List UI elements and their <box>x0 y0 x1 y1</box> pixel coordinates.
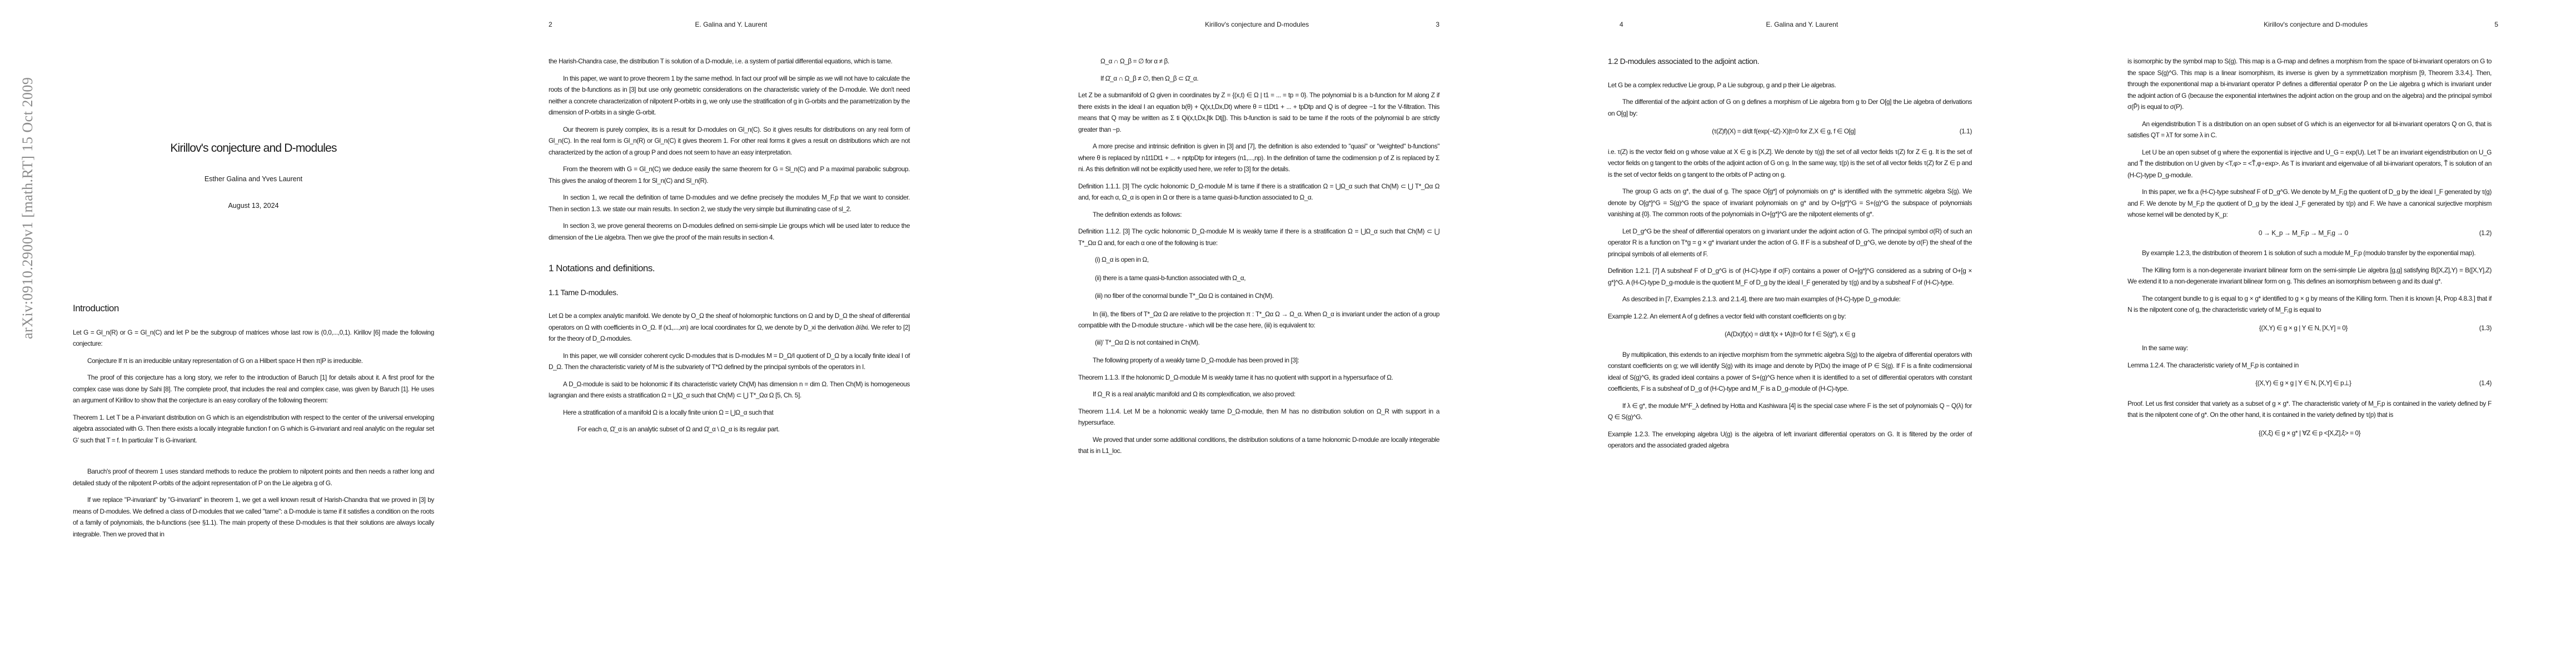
paragraph: Let G be a complex reductive Lie group, … <box>1608 79 1972 91</box>
paragraph: By multiplication, this extends to an in… <box>1608 349 1972 395</box>
conjecture: Conjecture If π is an irreducible unitar… <box>73 355 434 367</box>
paragraph: The differential of the adjoint action o… <box>1608 96 1972 119</box>
page-5-body: is isomorphic by the symbol map to S(g).… <box>2127 56 2492 447</box>
paragraph: Let D_g^G be the sheaf of differential o… <box>1608 226 1972 260</box>
equation: (A(Dx)f)(x) = d/dt f(x + tA)|t=0 for f ∈… <box>1608 328 1972 340</box>
example: Example 1.2.3. The enveloping algebra U(… <box>1608 429 1972 451</box>
paragraph: Let U be an open subset of g where the e… <box>2127 147 2492 181</box>
paragraph: We proved that under some additional con… <box>1078 434 1439 457</box>
paragraph: The cotangent bundle to g is equal to g … <box>2127 293 2492 316</box>
condition: Ω_α ∩ Ω_β = ∅ for α ≠ β. <box>1100 56 1439 67</box>
page-number: 2 <box>549 21 552 28</box>
theorem: Theorem 1.1.4. Let M be a holonomic weak… <box>1078 406 1439 429</box>
page-5: Kirillov's conjecture and D-modules 5 is… <box>2061 0 2576 667</box>
paragraph: The Killing form is a non-degenerate inv… <box>2127 265 2492 287</box>
theorem: Theorem 1. Let T be a P-invariant distri… <box>73 412 434 446</box>
list-item: (i) Ω_α is open in Ω, <box>1095 254 1439 266</box>
paragraph: i.e. τ(Z) is the vector field on g whose… <box>1608 146 1972 181</box>
equation-expr: 0 → K_p → M_F,p → M_F,g → 0 <box>2127 227 2479 239</box>
equation: 0 → K_p → M_F,p → M_F,g → 0 (1.2) <box>2127 227 2492 239</box>
paragraph: Baruch's proof of theorem 1 uses standar… <box>73 466 434 489</box>
definition: Definition 1.1.2. [3] The cyclic holonom… <box>1078 226 1439 248</box>
paragraph: In this paper, we will consider coherent… <box>549 350 910 373</box>
page-4: 4 E. Galina and Y. Laurent 1.2 D-modules… <box>1546 0 2061 667</box>
equation-expr: {(X,ξ) ∈ g × g* | ∀Z ∈ p <[X,Z],ξ> = 0} <box>2127 427 2492 439</box>
paper-authors: Esther Galina and Yves Laurent <box>73 175 434 183</box>
equation-label: (1.2) <box>2479 227 2492 239</box>
example: Example 1.2.2. An element A of g defines… <box>1608 311 1972 322</box>
lemma: Lemma 1.2.4. The characteristic variety … <box>2127 360 2492 371</box>
equation-expr: (τ(Z)f)(X) = d/dt f(exp(−tZ)·X)|t=0 for … <box>1608 126 1960 137</box>
running-header: 4 E. Galina and Y. Laurent <box>1620 21 1981 28</box>
running-header: Kirillov's conjecture and D-modules 3 <box>1078 21 1439 28</box>
running-head: Kirillov's conjecture and D-modules <box>2137 21 2494 28</box>
page-1: arXiv:0910.2900v1 [math.RT] 15 Oct 2009 … <box>0 0 515 667</box>
paragraph: If we replace "P-invariant" by "G-invari… <box>73 494 434 540</box>
paragraph: For each α, Ω̄_α is an analytic subset o… <box>563 424 910 435</box>
paragraph: If Ω_R is a real analytic manifold and Ω… <box>1078 389 1439 400</box>
definition: Definition 1.1.1. [3] The cyclic holonom… <box>1078 181 1439 203</box>
page-1-body: Introduction Let G = Gl_n(R) or G = Gl_n… <box>73 303 434 545</box>
condition: If Ω̄_α ∩ Ω_β ≠ ∅, then Ω_β ⊂ Ω̄_α. <box>1100 73 1439 84</box>
page-number: 3 <box>1436 21 1439 28</box>
paragraph: In (iii), the fibers of T*_Ωα Ω are rela… <box>1078 308 1439 331</box>
page-number: 5 <box>2494 21 2498 28</box>
paragraph: The group G acts on g*, the dual of g. T… <box>1608 186 1972 220</box>
equation-label: (1.1) <box>1960 126 1972 137</box>
equation: {(X,Y) ∈ g × g | Y ∈ N, [X,Y] = 0} (1.3) <box>2127 322 2492 334</box>
paragraph: An eigendistribution T is a distribution… <box>2127 118 2492 141</box>
paragraph: By example 1.2.3, the distribution of th… <box>2127 247 2492 259</box>
theorem: Theorem 1.1.3. If the holonomic D_Ω-modu… <box>1078 372 1439 384</box>
paragraph: The proof of this conjecture has a long … <box>73 372 434 406</box>
equation-expr: {(X,Y) ∈ g × g | Y ∈ N, [X,Y] = 0} <box>2127 322 2479 334</box>
paragraph: Let G = Gl_n(R) or G = Gl_n(C) and let P… <box>73 327 434 350</box>
paragraph: In section 1, we recall the definition o… <box>549 192 910 215</box>
section-title: 1 Notations and definitions. <box>549 263 910 275</box>
paragraph: A D_Ω-module is said to be holonomic if … <box>549 379 910 401</box>
equation: {(X,Y) ∈ g × g | Y ∈ N, [X,Y] ∈ p⊥} (1.4… <box>2127 377 2492 389</box>
page-number: 4 <box>1620 21 1623 28</box>
list-item: (ii) there is a tame quasi-b-function as… <box>1095 272 1439 284</box>
paragraph: Here a stratification of a manifold Ω is… <box>549 407 910 419</box>
subsection-title: 1.1 Tame D-modules. <box>549 287 910 298</box>
page-3: Kirillov's conjecture and D-modules 3 Ω_… <box>1030 0 1546 667</box>
paragraph: In the same way: <box>2127 342 2492 354</box>
paragraph: the Harish-Chandra case, the distributio… <box>549 56 910 67</box>
list-item: (iii) no fiber of the conormal bundle T*… <box>1095 290 1439 302</box>
paragraph: Our theorem is purely complex, its is a … <box>549 124 910 158</box>
equation-label: (1.4) <box>2479 377 2492 389</box>
paragraph: In this paper, we want to prove theorem … <box>549 73 910 118</box>
paragraph: The following property of a weakly tame … <box>1078 355 1439 366</box>
running-head: Kirillov's conjecture and D-modules <box>1078 21 1436 28</box>
list-item: (iii)' T*_Ωα Ω is not contained in Ch(M)… <box>1095 337 1439 349</box>
paragraph: In this paper, we fix a (H-C)-type subsh… <box>2127 186 2492 221</box>
paragraph: In section 3, we prove general theorems … <box>549 220 910 243</box>
paragraph: If λ ∈ g*, the module M^F_λ defined by H… <box>1608 400 1972 423</box>
definition: Definition 1.2.1. [7] A subsheaf F of D_… <box>1608 265 1972 288</box>
equation-label: (1.3) <box>2479 322 2492 334</box>
page-4-body: 1.2 D-modules associated to the adjoint … <box>1608 56 1972 457</box>
paragraph: As described in [7, Examples 2.1.3. and … <box>1608 293 1972 305</box>
running-header: Kirillov's conjecture and D-modules 5 <box>2137 21 2498 28</box>
section-title: Introduction <box>73 303 434 315</box>
running-head: E. Galina and Y. Laurent <box>552 21 910 28</box>
paragraph: Let Ω be a complex analytic manifold. We… <box>549 310 910 345</box>
paragraph: The definition extends as follows: <box>1078 209 1439 221</box>
equation-expr: {(X,Y) ∈ g × g | Y ∈ N, [X,Y] ∈ p⊥} <box>2127 377 2479 389</box>
running-head: E. Galina and Y. Laurent <box>1623 21 1981 28</box>
page-2-body: the Harish-Chandra case, the distributio… <box>549 56 910 441</box>
equation: (τ(Z)f)(X) = d/dt f(exp(−tZ)·X)|t=0 for … <box>1608 126 1972 137</box>
subsection-title: 1.2 D-modules associated to the adjoint … <box>1608 56 1972 67</box>
paper-title: Kirillov's conjecture and D-modules <box>73 142 434 155</box>
paragraph: A more precise and intrinsic definition … <box>1078 141 1439 175</box>
equation-expr: (A(Dx)f)(x) = d/dt f(x + tA)|t=0 for f ∈… <box>1608 328 1972 340</box>
paragraph: Let Z be a submanifold of Ω given in coo… <box>1078 89 1439 135</box>
paper-date: August 13, 2024 <box>73 202 434 210</box>
page-2: 2 E. Galina and Y. Laurent the Harish-Ch… <box>515 0 1030 667</box>
paragraph: is isomorphic by the symbol map to S(g).… <box>2127 56 2492 113</box>
equation: {(X,ξ) ∈ g × g* | ∀Z ∈ p <[X,Z],ξ> = 0} <box>2127 427 2492 439</box>
proof: Proof. Let us first consider that variet… <box>2127 398 2492 421</box>
running-header: 2 E. Galina and Y. Laurent <box>549 21 910 28</box>
paragraph: From the theorem with G = Gl_n(C) we ded… <box>549 163 910 186</box>
page-3-body: Ω_α ∩ Ω_β = ∅ for α ≠ β. If Ω̄_α ∩ Ω_β ≠… <box>1078 56 1439 462</box>
arxiv-stamp: arXiv:0910.2900v1 [math.RT] 15 Oct 2009 <box>19 117 36 339</box>
